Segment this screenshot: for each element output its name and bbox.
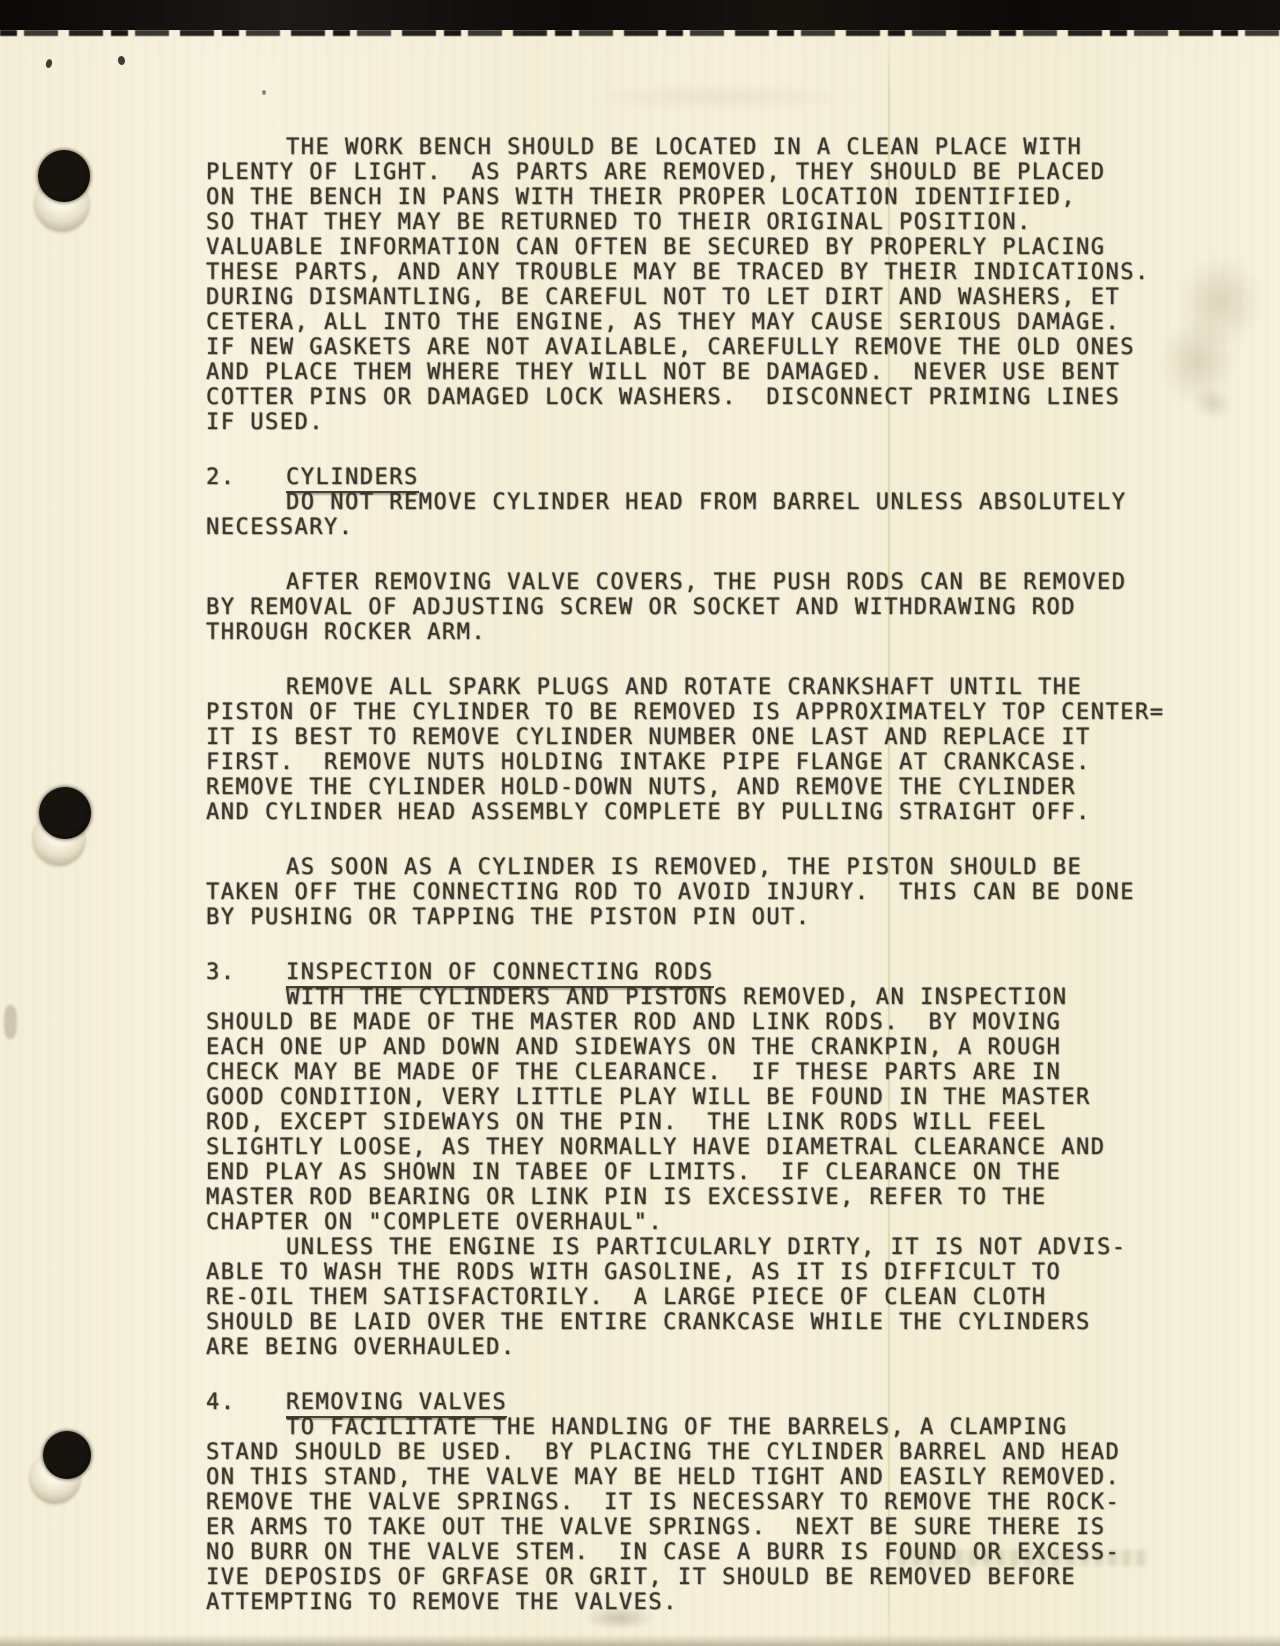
paragraph: THE WORK BENCH SHOULD BE LOCATED IN A CL… (206, 135, 1216, 435)
text-line: DURING DISMANTLING, BE CAREFUL NOT TO LE… (206, 285, 1216, 310)
text-line: BY REMOVAL OF ADJUSTING SCREW OR SOCKET … (206, 595, 1216, 620)
text-line: PISTON OF THE CYLINDER TO BE REMOVED IS … (206, 700, 1216, 725)
text-line: ER ARMS TO TAKE OUT THE VALVE SPRINGS. N… (206, 1515, 1216, 1540)
text-line: REMOVE THE CYLINDER HOLD-DOWN NUTS, AND … (206, 775, 1216, 800)
text-line: DO NOT REMOVE CYLINDER HEAD FROM BARREL … (206, 490, 1216, 515)
punch-hole-opening (38, 150, 90, 202)
scan-edge-bottom (0, 1634, 1280, 1646)
ink-speck (262, 90, 266, 95)
text-line: AFTER REMOVING VALVE COVERS, THE PUSH RO… (206, 570, 1216, 595)
text-line: PLENTY OF LIGHT. AS PARTS ARE REMOVED, T… (206, 160, 1216, 185)
paragraph: UNLESS THE ENGINE IS PARTICULARLY DIRTY,… (206, 1235, 1216, 1360)
text-line: ON THE BENCH IN PANS WITH THEIR PROPER L… (206, 185, 1216, 210)
section-number: 2. (206, 465, 286, 490)
paragraph: AFTER REMOVING VALVE COVERS, THE PUSH RO… (206, 570, 1216, 645)
text-line: VALUABLE INFORMATION CAN OFTEN BE SECURE… (206, 235, 1216, 260)
text-line: AS SOON AS A CYLINDER IS REMOVED, THE PI… (206, 855, 1216, 880)
text-line: REMOVE THE VALVE SPRINGS. IT IS NECESSAR… (206, 1490, 1216, 1515)
section-number: 4. (206, 1390, 286, 1415)
section-title: INSPECTION OF CONNECTING RODS (286, 960, 714, 988)
paragraph: REMOVE ALL SPARK PLUGS AND ROTATE CRANKS… (206, 675, 1216, 825)
text-line: AND PLACE THEM WHERE THEY WILL NOT BE DA… (206, 360, 1216, 385)
paragraph: DO NOT REMOVE CYLINDER HEAD FROM BARREL … (206, 490, 1216, 540)
text-line: THESE PARTS, AND ANY TROUBLE MAY BE TRAC… (206, 260, 1216, 285)
text-line: BY PUSHING OR TAPPING THE PISTON PIN OUT… (206, 905, 1216, 930)
text-line: IT IS BEST TO REMOVE CYLINDER NUMBER ONE… (206, 725, 1216, 750)
punch-hole-opening (43, 1431, 91, 1479)
text-line: ATTEMPTING TO REMOVE THE VALVES. (206, 1590, 1216, 1615)
text-line: ON THIS STAND, THE VALVE MAY BE HELD TIG… (206, 1465, 1216, 1490)
paragraph: TO FACILITATE THE HANDLING OF THE BARREL… (206, 1415, 1216, 1615)
paragraph: AS SOON AS A CYLINDER IS REMOVED, THE PI… (206, 855, 1216, 930)
text-line: ROD, EXCEPT SIDEWAYS ON THE PIN. THE LIN… (206, 1110, 1216, 1135)
text-line: EACH ONE UP AND DOWN AND SIDEWAYS ON THE… (206, 1035, 1216, 1060)
text-line: NECESSARY. (206, 515, 1216, 540)
text-line: COTTER PINS OR DAMAGED LOCK WASHERS. DIS… (206, 385, 1216, 410)
text-line: SHOULD BE MADE OF THE MASTER ROD AND LIN… (206, 1010, 1216, 1035)
text-line: IF NEW GASKETS ARE NOT AVAILABLE, CAREFU… (206, 335, 1216, 360)
scanned-document-page: THE WORK BENCH SHOULD BE LOCATED IN A CL… (0, 0, 1280, 1646)
section-title: REMOVING VALVES (286, 1390, 507, 1418)
text-line: NO BURR ON THE VALVE STEM. IN CASE A BUR… (206, 1540, 1216, 1565)
punch-hole-opening (39, 787, 91, 839)
text-line: ABLE TO WASH THE RODS WITH GASOLINE, AS … (206, 1260, 1216, 1285)
ink-speck (117, 55, 125, 65)
text-line: UNLESS THE ENGINE IS PARTICULARLY DIRTY,… (206, 1235, 1216, 1260)
text-line: RE-OIL THEM SATISFACTORILY. A LARGE PIEC… (206, 1285, 1216, 1310)
scan-edge-top-band (0, 0, 1280, 30)
text-line: GOOD CONDITION, VERY LITTLE PLAY WILL BE… (206, 1085, 1216, 1110)
paragraph: WITH THE CYLINDERS AND PISTONS REMOVED, … (206, 985, 1216, 1235)
text-line: IVE DEPOSIDS OF GRFASE OR GRIT, IT SHOUL… (206, 1565, 1216, 1590)
text-line: CHECK MAY BE MADE OF THE CLEARANCE. IF T… (206, 1060, 1216, 1085)
text-line: CETERA, ALL INTO THE ENGINE, AS THEY MAY… (206, 310, 1216, 335)
section-number: 3. (206, 960, 286, 985)
text-line: AND CYLINDER HEAD ASSEMBLY COMPLETE BY P… (206, 800, 1216, 825)
section-heading: 2.CYLINDERS (206, 465, 1216, 490)
text-line: THROUGH ROCKER ARM. (206, 620, 1216, 645)
text-line: ARE BEING OVERHAULED. (206, 1335, 1216, 1360)
text-line: WITH THE CYLINDERS AND PISTONS REMOVED, … (206, 985, 1216, 1010)
text-line: SO THAT THEY MAY BE RETURNED TO THEIR OR… (206, 210, 1216, 235)
text-line: SLIGHTLY LOOSE, AS THEY NORMALLY HAVE DI… (206, 1135, 1216, 1160)
text-line: MASTER ROD BEARING OR LINK PIN IS EXCESS… (206, 1185, 1216, 1210)
section-heading: 4.REMOVING VALVES (206, 1390, 1216, 1415)
text-line: END PLAY AS SHOWN IN TABEE OF LIMITS. IF… (206, 1160, 1216, 1185)
text-line: FIRST. REMOVE NUTS HOLDING INTAKE PIPE F… (206, 750, 1216, 775)
section-title: CYLINDERS (286, 465, 419, 493)
text-line: CHAPTER ON "COMPLETE OVERHAUL". (206, 1210, 1216, 1235)
text-line: THE WORK BENCH SHOULD BE LOCATED IN A CL… (206, 135, 1216, 160)
text-line: SHOULD BE LAID OVER THE ENTIRE CRANKCASE… (206, 1310, 1216, 1335)
text-line: TAKEN OFF THE CONNECTING ROD TO AVOID IN… (206, 880, 1216, 905)
stain-smudge (535, 80, 905, 114)
document-blocks: THE WORK BENCH SHOULD BE LOCATED IN A CL… (206, 135, 1216, 1615)
ink-speck (45, 58, 53, 68)
text-line: IF USED. (206, 410, 1216, 435)
text-line: TO FACILITATE THE HANDLING OF THE BARREL… (206, 1415, 1216, 1440)
text-line: STAND SHOULD BE USED. BY PLACING THE CYL… (206, 1440, 1216, 1465)
ink-speck (4, 1005, 17, 1039)
text-line: REMOVE ALL SPARK PLUGS AND ROTATE CRANKS… (206, 675, 1216, 700)
section-heading: 3.INSPECTION OF CONNECTING RODS (206, 960, 1216, 985)
